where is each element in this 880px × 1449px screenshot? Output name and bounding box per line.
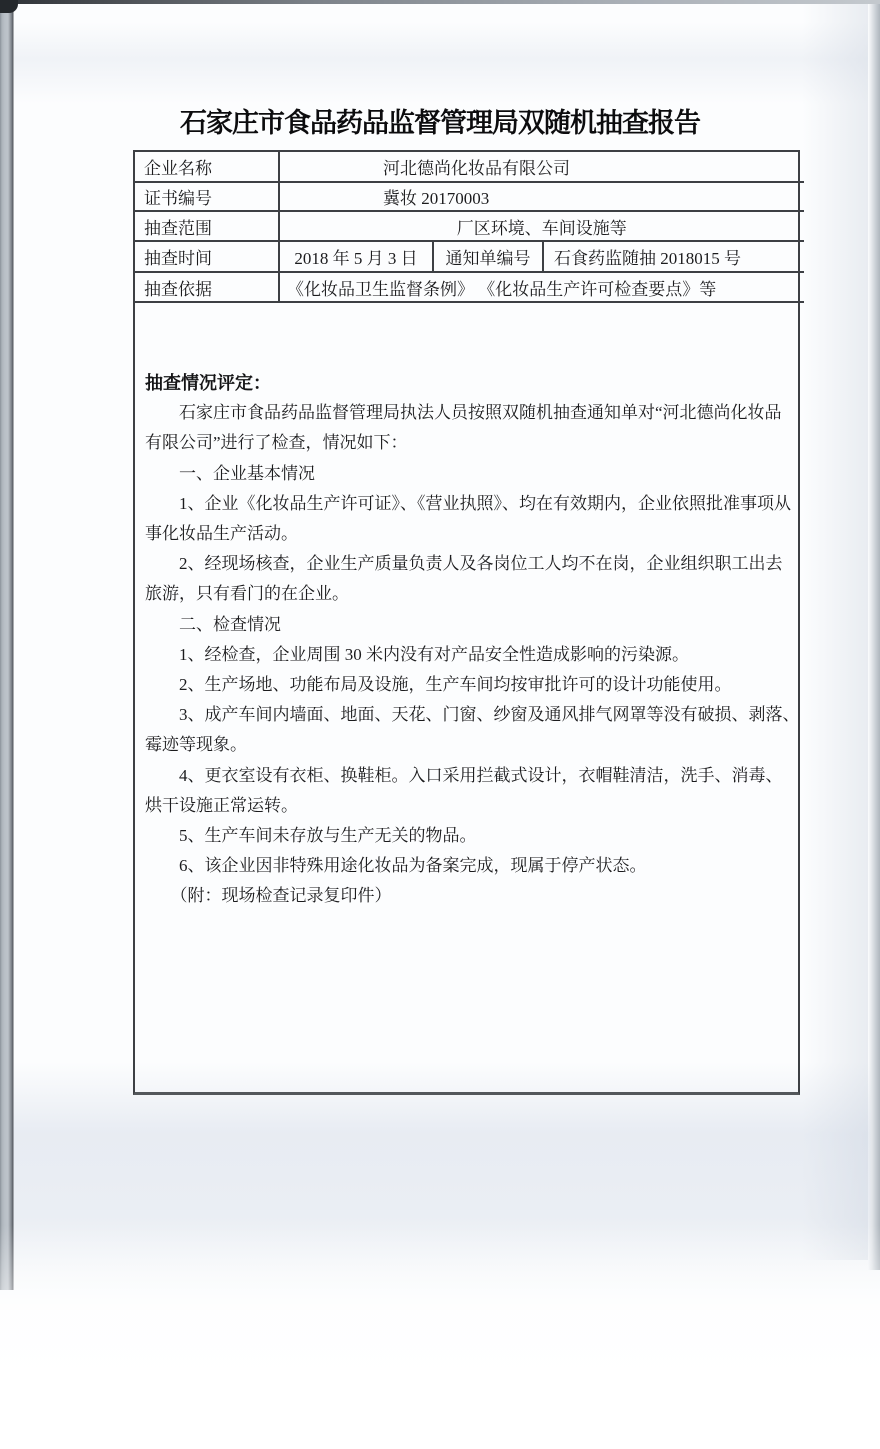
assessment-line: 有限公司”进行了检查，情况如下：: [145, 428, 800, 458]
assessment-line: 烘干设施正常运转。: [145, 791, 800, 821]
assessment-line: 4、更衣室设有衣柜、换鞋柜。入口采用拦截式设计，衣帽鞋清洁，洗手、消毒、: [145, 761, 800, 791]
info-table: 企业名称 河北德尚化妆品有限公司 证书编号 冀妆 20170003 抽查范围 厂…: [133, 150, 800, 1095]
assessment-line: 石家庄市食品药品监督管理局执法人员按照双随机抽查通知单对“河北德尚化妆品: [145, 398, 800, 428]
field-value-notice-no: 石食药监随抽 2018015 号: [544, 242, 804, 271]
table-row-inspection-date: 抽查时间 2018 年 5 月 3 日 通知单编号 石食药监随抽 2018015…: [135, 242, 804, 273]
field-value-date: 2018 年 5 月 3 日: [280, 242, 434, 271]
report-title: 石家庄市食品药品监督管理局双随机抽查报告: [0, 106, 880, 140]
scan-right-edge: [868, 0, 880, 1270]
field-label: 抽查范围: [135, 212, 280, 240]
scan-corner-shadow: [0, 0, 18, 13]
assessment-line: （附：现场检查记录复印件）: [145, 881, 800, 911]
scan-left-edge: [0, 0, 14, 1290]
field-label: 证书编号: [135, 183, 280, 210]
field-value: 厂区环境、车间设施等: [280, 212, 804, 240]
table-row-inspection-scope: 抽查范围 厂区环境、车间设施等: [135, 212, 804, 242]
assessment-line: 2、经现场核查，企业生产质量负责人及各岗位工人均不在岗，企业组织职工出去: [145, 549, 800, 579]
field-label: 企业名称: [135, 152, 280, 181]
field-label-notice-no: 通知单编号: [434, 242, 544, 271]
field-label: 抽查时间: [135, 242, 280, 271]
assessment-cell: 抽查情况评定： 石家庄市食品药品监督管理局执法人员按照双随机抽查通知单对“河北德…: [135, 303, 804, 1092]
assessment-line: 1、经检查，企业周围 30 米内没有对产品安全性造成影响的污染源。: [145, 640, 800, 670]
assessment-heading: 抽查情况评定：: [145, 368, 800, 398]
table-row-inspection-basis: 抽查依据 《化妆品卫生监督条例》 《化妆品生产许可检查要点》等: [135, 273, 804, 303]
assessment-line: 2、生产场地、功能布局及设施，生产车间均按审批许可的设计功能使用。: [145, 670, 800, 700]
scan-top-edge: [0, 0, 880, 4]
assessment-line: 二、检查情况: [145, 610, 800, 640]
assessment-line: 1、企业《化妆品生产许可证》、《营业执照》、均在有效期内，企业依照批准事项从: [145, 489, 800, 519]
scan-bottom-fade: [0, 1225, 880, 1449]
assessment-body: 石家庄市食品药品监督管理局执法人员按照双随机抽查通知单对“河北德尚化妆品有限公司…: [145, 398, 800, 911]
document-page: 石家庄市食品药品监督管理局双随机抽查报告 企业名称 河北德尚化妆品有限公司 证书…: [0, 0, 880, 1449]
field-label: 抽查依据: [135, 273, 280, 301]
assessment-line: 霉迹等现象。: [145, 730, 800, 760]
assessment-line: 5、生产车间未存放与生产无关的物品。: [145, 821, 800, 851]
field-value: 冀妆 20170003: [280, 183, 804, 210]
assessment-line: 旅游，只有看门的在企业。: [145, 579, 800, 609]
assessment-line: 3、成产车间内墙面、地面、天花、门窗、纱窗及通风排气网罩等没有破损、剥落、: [145, 700, 800, 730]
assessment-line: 事化妆品生产活动。: [145, 519, 800, 549]
scan-shading-band-top: [14, 22, 868, 104]
table-row-certificate-no: 证书编号 冀妆 20170003: [135, 183, 804, 212]
assessment-line: 一、企业基本情况: [145, 459, 800, 489]
table-row-company-name: 企业名称 河北德尚化妆品有限公司: [135, 152, 804, 183]
field-value: 河北德尚化妆品有限公司: [280, 152, 804, 181]
field-value: 《化妆品卫生监督条例》 《化妆品生产许可检查要点》等: [280, 273, 804, 301]
assessment-line: 6、该企业因非特殊用途化妆品为备案完成，现属于停产状态。: [145, 851, 800, 881]
